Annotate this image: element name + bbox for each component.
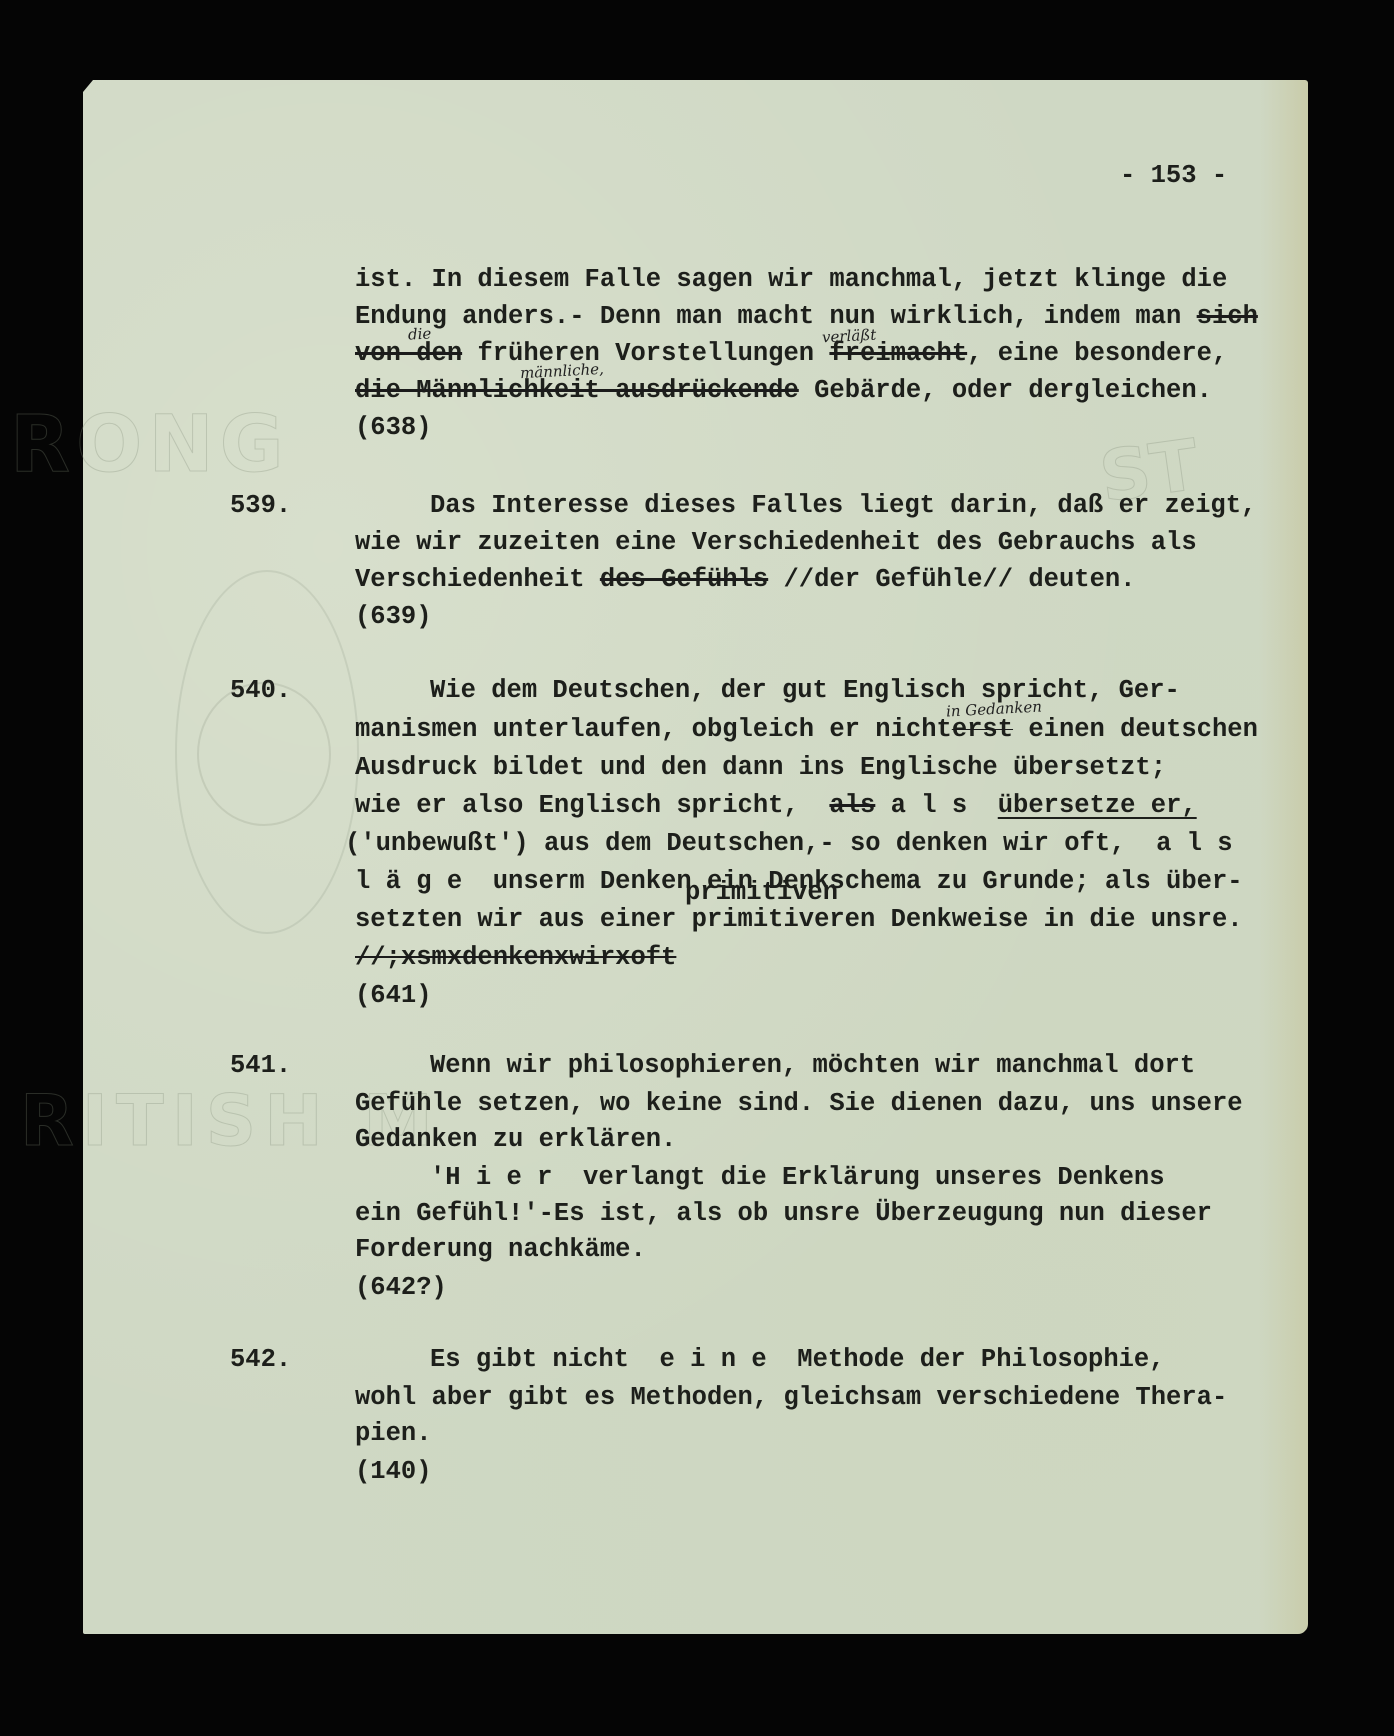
text-span: //der Gefühle// — [784, 565, 1014, 594]
text-span: Gebärde, oder dergleichen. — [814, 376, 1212, 405]
text-span: a l s — [891, 791, 968, 820]
text-span: wie er also Englisch spricht, — [355, 791, 799, 820]
text-line: Wenn wir philosophieren, möchten wir man… — [430, 1048, 1195, 1085]
text-line: Forderung nachkäme. — [355, 1232, 646, 1269]
paragraph-number: 541. — [230, 1048, 291, 1085]
paragraph-number: 539. — [230, 488, 291, 525]
text-line: wie wir zuzeiten eine Verschiedenheit de… — [355, 525, 1197, 562]
text-span: Verschiedenheit — [355, 565, 585, 594]
text-line: Gedanken zu erklären. — [355, 1122, 676, 1159]
text-line: ein Gefühl!'-Es ist, als ob unsre Überze… — [355, 1196, 1212, 1233]
text-line: Wie dem Deutschen, der gut Englisch spri… — [430, 673, 1180, 710]
reference-number: (639) — [355, 599, 432, 636]
text-span: l ä g e — [355, 867, 462, 896]
struck-text: als — [829, 791, 875, 820]
text-line: die Männlichkeit ausdrückende Gebärde, o… — [355, 373, 1212, 410]
text-line: ist. In diesem Falle sagen wir manchmal,… — [355, 262, 1227, 299]
text-line: Verschiedenheit des Gefühls //der Gefühl… — [355, 562, 1135, 599]
text-line: ('unbewußt') aus dem Deutschen,- so denk… — [345, 826, 1233, 863]
text-span: manismen unterlaufen, obgleich er nicht — [355, 715, 952, 744]
text-line: von den früheren Vorstellungen freimacht… — [355, 336, 1227, 373]
text-span: unserm Denken — [493, 867, 692, 896]
paragraph-number: 540. — [230, 673, 291, 710]
text-line: Endung anders.- Denn man macht nun wirkl… — [355, 299, 1258, 336]
handwritten-annotation: verläßt — [822, 326, 877, 347]
page-number: - 153 - — [1120, 158, 1227, 195]
text-line: 'H i e r verlangt die Erklärung unseres … — [430, 1160, 1165, 1197]
struck-text: sich — [1197, 302, 1258, 331]
struck-text: des Gefühls — [600, 565, 768, 594]
text-span: verlangt die Erklärung unseres Denkens — [583, 1163, 1165, 1192]
text-span: Es gibt nicht — [430, 1345, 629, 1374]
text-span: deuten. — [1028, 565, 1135, 594]
handwritten-annotation: die — [408, 324, 432, 343]
text-line: Das Interesse dieses Falles liegt darin,… — [430, 488, 1256, 525]
text-span: ('unbewußt') — [345, 829, 529, 858]
text-span: Endung anders.- Denn man macht nun wirkl… — [355, 302, 1181, 331]
reference-number: (638) — [355, 410, 432, 447]
text-line: manismen unterlaufen, obgleich er nichte… — [355, 712, 1258, 749]
text-line: pien. — [355, 1416, 432, 1453]
text-span: 'H i e r — [430, 1163, 552, 1192]
text-span: aus dem Deutschen,- so denken wir oft, — [544, 829, 1126, 858]
text-span: a l s — [1156, 829, 1233, 858]
reference-number: (642?) — [355, 1270, 447, 1307]
text-span: Methode der Philosophie, — [797, 1345, 1164, 1374]
underlined-text: übersetze er, — [998, 791, 1197, 820]
struck-text: //;xsmxdenkenxwirxoft — [355, 940, 676, 977]
text-line: Ausdruck bildet und den dann ins Englisc… — [355, 750, 1166, 787]
reference-number: (641) — [355, 978, 432, 1015]
text-line: Gefühle setzen, wo keine sind. Sie diene… — [355, 1086, 1243, 1123]
text-line: Es gibt nicht e i n e Methode der Philos… — [430, 1342, 1165, 1379]
paragraph-number: 542. — [230, 1342, 291, 1379]
text-line: wohl aber gibt es Methoden, gleichsam ve… — [355, 1380, 1227, 1417]
text-span: eine besondere, — [998, 339, 1228, 368]
text-span: einen deutschen — [1028, 715, 1258, 744]
text-span: e i n e — [660, 1345, 767, 1374]
text-line: setzten wir aus einer primitiveren Denkw… — [355, 902, 1243, 939]
reference-number: (140) — [355, 1454, 432, 1491]
text-line: wie er also Englisch spricht, als a l s … — [355, 788, 1197, 825]
struck-text: die Männlichkeit ausdrückende — [355, 376, 799, 405]
